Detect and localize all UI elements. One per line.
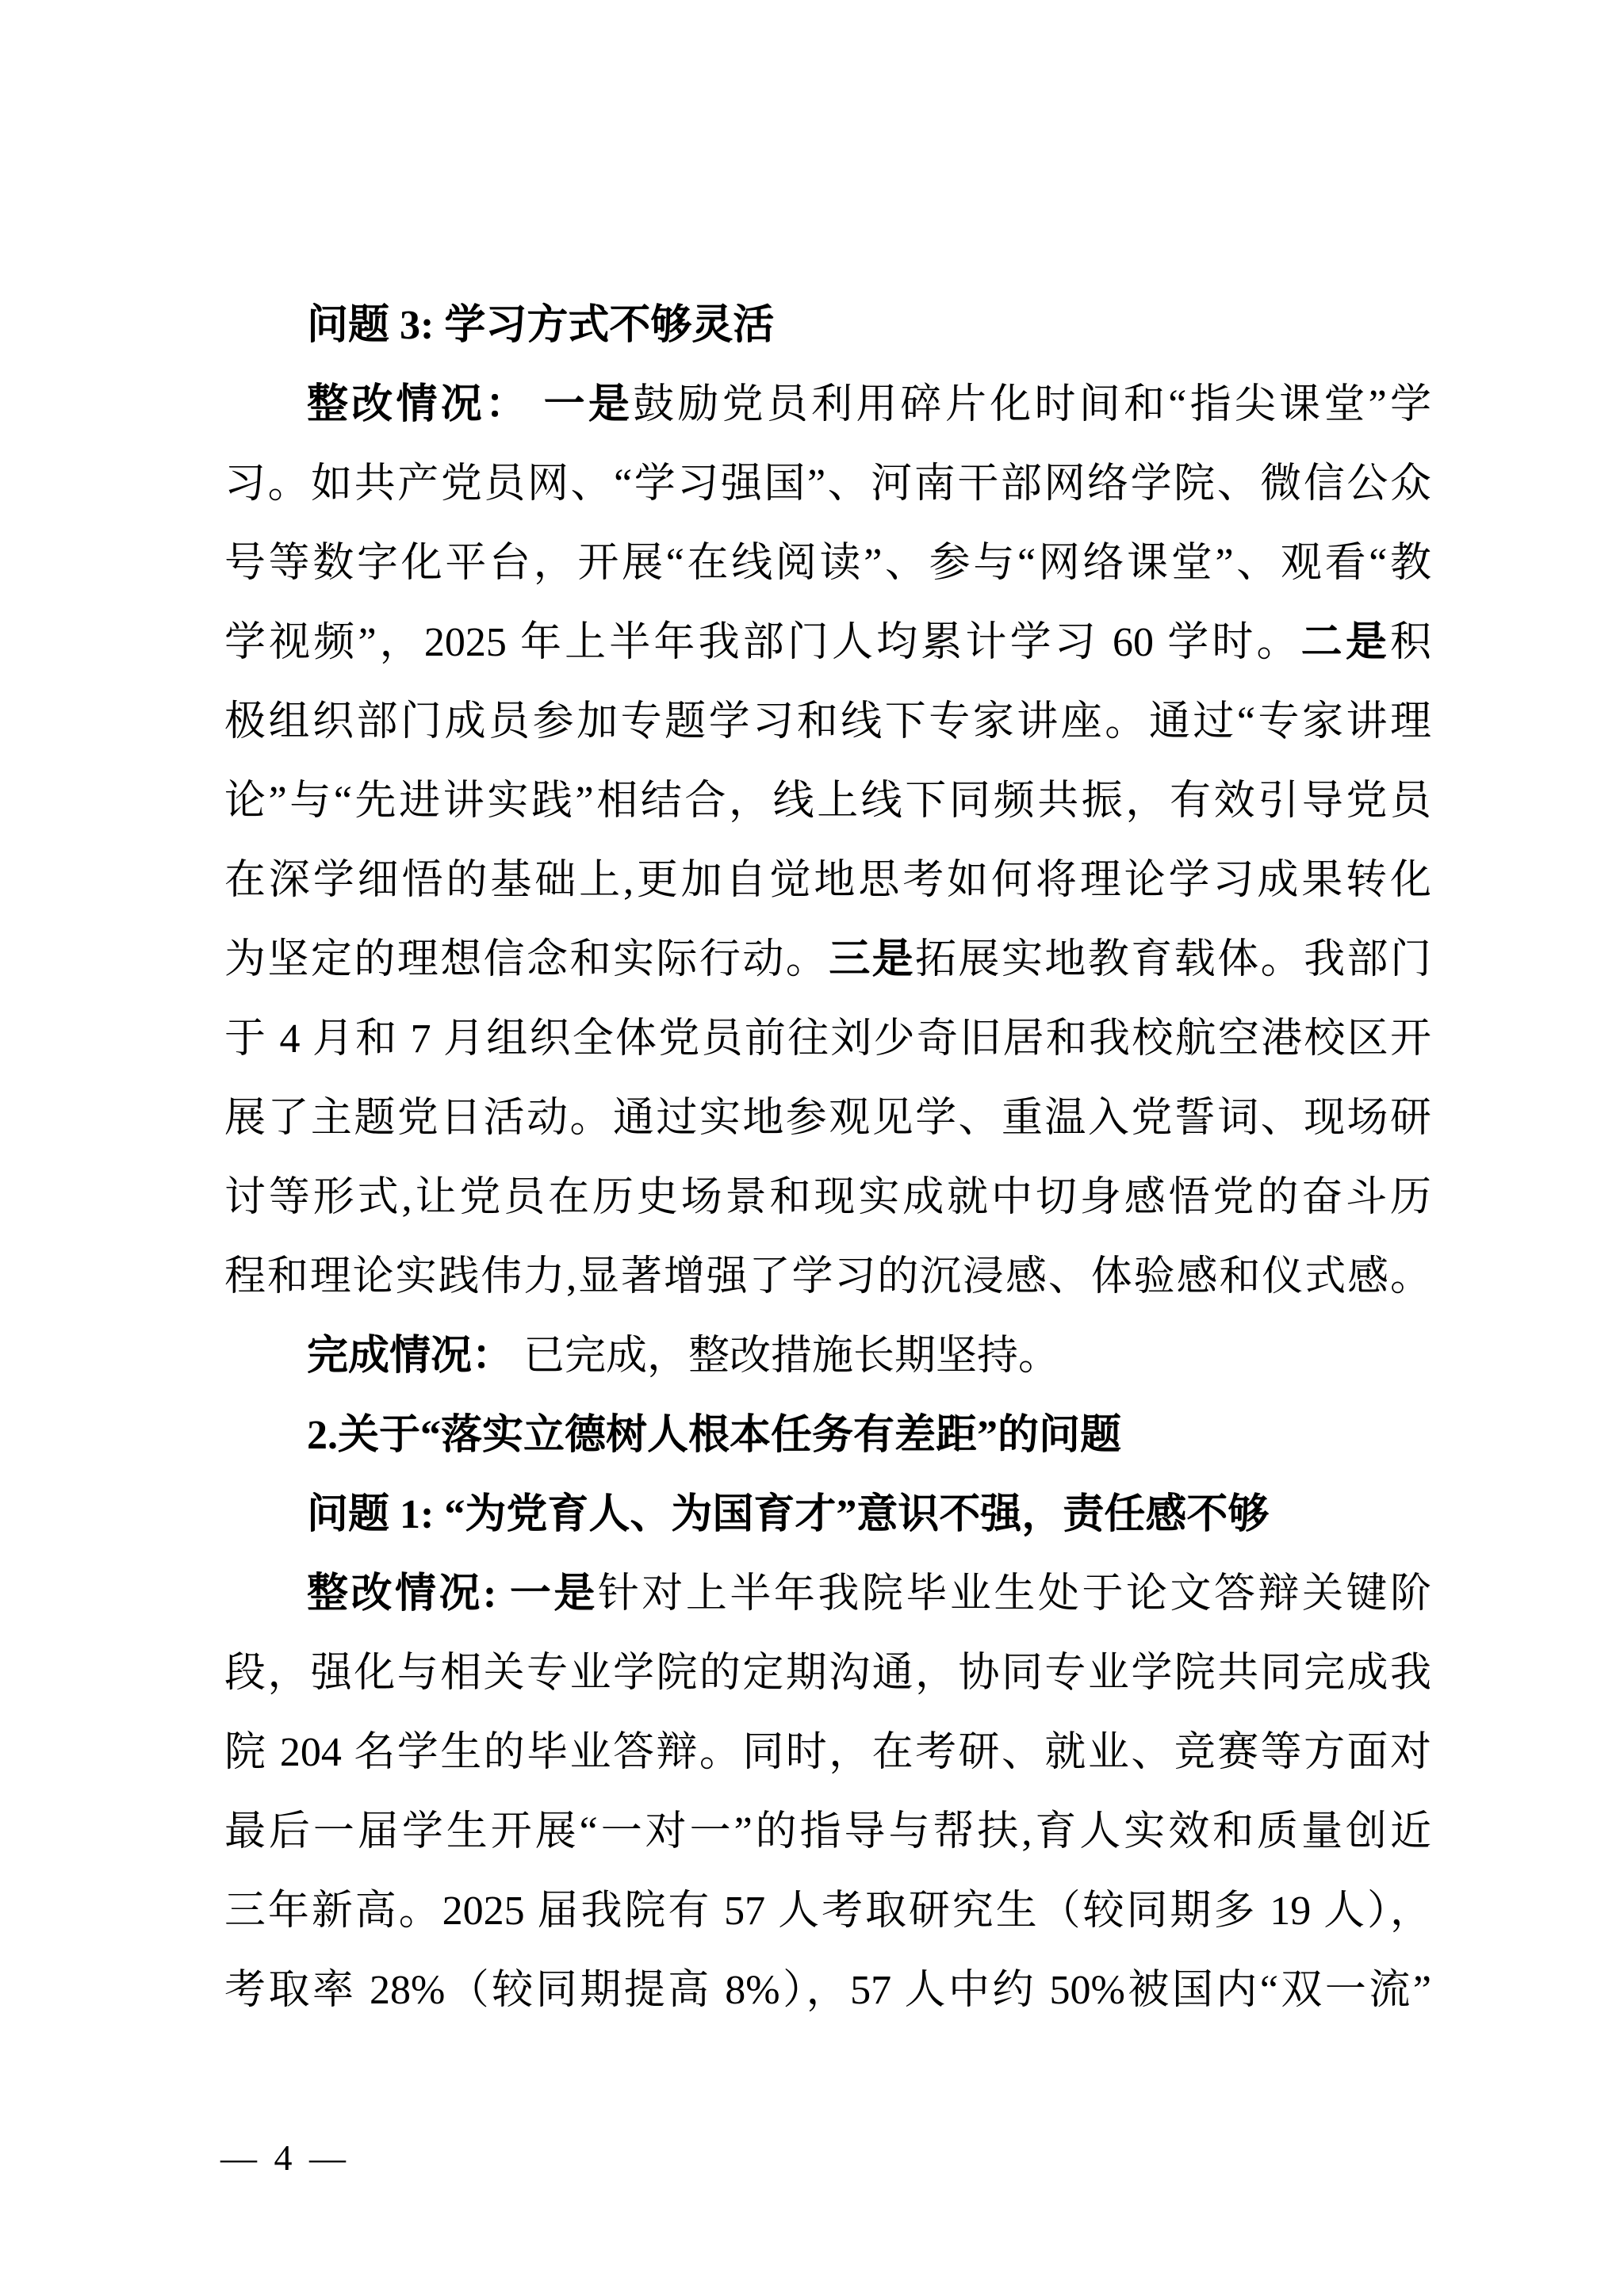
text-line-22: 考取率 28%（较同期提高 8%），57 人中约 50%被国内“双一流” <box>224 1951 1431 2030</box>
text-segment: 针对上半年我院毕业生处于论文答辩关键阶 <box>598 1571 1431 1617</box>
text-segment: 考取率 28%（较同期提高 8%），57 人中约 50%被国内“双一流” <box>224 1968 1431 2013</box>
bold-text-segment: 问题 3: 学习方式不够灵活 <box>307 303 774 348</box>
text-line-20: 最后一届学生开展“一对一”的指导与帮扶,育人实效和质量创近 <box>224 1793 1431 1872</box>
bold-text-segment: 二是 <box>1301 620 1390 665</box>
text-line-6: 极组织部门成员参加专题学习和线下专家讲座。通过“专家讲理 <box>224 683 1431 762</box>
text-segment: 为坚定的理想信念和实际行动。 <box>224 937 829 982</box>
text-segment: 于 4 月和 7 月组织全体党员前往刘少奇旧居和我校航空港校区开 <box>224 1016 1431 1062</box>
bold-text-segment: 问题 1: “为党育人、为国育才”意识不强，责任感不够 <box>307 1492 1269 1537</box>
text-line-2: 整改情况： 一是鼓励党员利用碎片化时间和“指尖课堂”学 <box>224 365 1431 445</box>
page-number: — 4 — <box>220 2137 350 2178</box>
text-line-7: 论”与“先进讲实践”相结合，线上线下同频共振，有效引导党员 <box>224 762 1431 841</box>
text-line-11: 展了主题党日活动。通过实地参观见学、重温入党誓词、现场研 <box>224 1079 1431 1158</box>
text-segment: 积 <box>1390 620 1431 665</box>
text-segment: 最后一届学生开展“一对一”的指导与帮扶,育人实效和质量创近 <box>224 1809 1431 1854</box>
page-footer: — 4 — <box>220 2134 350 2182</box>
text-line-19: 院 204 名学生的毕业答辩。同时，在考研、就业、竞赛等方面对 <box>224 1713 1431 1793</box>
text-segment: 鼓励党员利用碎片化时间和“指尖课堂”学 <box>633 382 1431 427</box>
bold-text-segment: 2.关于“落实立德树人根本任务有差距”的问题 <box>307 1413 1121 1458</box>
document-body: 问题 3: 学习方式不够灵活整改情况： 一是鼓励党员利用碎片化时间和“指尖课堂”… <box>224 286 1431 2030</box>
bold-text-segment: 整改情况： 一是 <box>307 382 633 427</box>
text-segment: 讨等形式,让党员在历史场景和现实成就中切身感悟党的奋斗历 <box>224 1175 1431 1220</box>
text-line-10: 于 4 月和 7 月组织全体党员前往刘少奇旧居和我校航空港校区开 <box>224 1000 1431 1079</box>
text-segment: 已完成，整改措施长期坚持。 <box>513 1334 1059 1379</box>
text-segment: 学视频”，2025 年上半年我部门人均累计学习 60 学时。 <box>224 620 1301 665</box>
text-segment: 院 204 名学生的毕业答辩。同时，在考研、就业、竞赛等方面对 <box>224 1730 1431 1775</box>
bold-text-segment: 完成情况： <box>307 1334 513 1379</box>
text-segment: 程和理论实践伟力,显著增强了学习的沉浸感、体验感和仪式感。 <box>224 1254 1431 1299</box>
text-segment: 在深学细悟的基础上,更加自觉地思考如何将理论学习成果转化 <box>224 858 1431 903</box>
bold-text-segment: 三是 <box>829 937 915 982</box>
text-line-13: 程和理论实践伟力,显著增强了学习的沉浸感、体验感和仪式感。 <box>224 1238 1431 1317</box>
text-line-15: 2.关于“落实立德树人根本任务有差距”的问题 <box>224 1396 1431 1475</box>
text-segment: 三年新高。2025 届我院有 57 人考取研究生（较同期多 19 人）， <box>224 1888 1431 1934</box>
text-segment: 论”与“先进讲实践”相结合，线上线下同频共振，有效引导党员 <box>224 779 1431 824</box>
text-line-8: 在深学细悟的基础上,更加自觉地思考如何将理论学习成果转化 <box>224 841 1431 920</box>
document-page: 问题 3: 学习方式不够灵活整改情况： 一是鼓励党员利用碎片化时间和“指尖课堂”… <box>0 0 1624 2296</box>
text-segment: 拓展实地教育载体。我部门 <box>915 937 1431 982</box>
text-segment: 习。如共产党员网、“学习强国”、河南干部网络学院、微信公众 <box>224 461 1431 507</box>
text-line-9: 为坚定的理想信念和实际行动。三是拓展实地教育载体。我部门 <box>224 920 1431 1000</box>
text-line-18: 段，强化与相关专业学院的定期沟通，协同专业学院共同完成我 <box>224 1634 1431 1713</box>
bold-text-segment: 整改情况: 一是 <box>307 1571 598 1617</box>
text-line-3: 习。如共产党员网、“学习强国”、河南干部网络学院、微信公众 <box>224 445 1431 524</box>
text-line-17: 整改情况: 一是针对上半年我院毕业生处于论文答辩关键阶 <box>224 1555 1431 1634</box>
text-line-12: 讨等形式,让党员在历史场景和现实成就中切身感悟党的奋斗历 <box>224 1158 1431 1238</box>
text-line-1: 问题 3: 学习方式不够灵活 <box>224 286 1431 365</box>
text-segment: 号等数字化平台，开展“在线阅读”、参与“网络课堂”、观看“教 <box>224 541 1431 586</box>
text-line-5: 学视频”，2025 年上半年我部门人均累计学习 60 学时。二是积 <box>224 603 1431 683</box>
text-segment: 展了主题党日活动。通过实地参观见学、重温入党誓词、现场研 <box>224 1096 1431 1141</box>
text-line-21: 三年新高。2025 届我院有 57 人考取研究生（较同期多 19 人）， <box>224 1872 1431 1951</box>
text-line-14: 完成情况： 已完成，整改措施长期坚持。 <box>224 1317 1431 1396</box>
text-segment: 极组织部门成员参加专题学习和线下专家讲座。通过“专家讲理 <box>224 699 1431 744</box>
text-line-4: 号等数字化平台，开展“在线阅读”、参与“网络课堂”、观看“教 <box>224 524 1431 603</box>
text-line-16: 问题 1: “为党育人、为国育才”意识不强，责任感不够 <box>224 1475 1431 1555</box>
text-segment: 段，强化与相关专业学院的定期沟通，协同专业学院共同完成我 <box>224 1651 1431 1696</box>
